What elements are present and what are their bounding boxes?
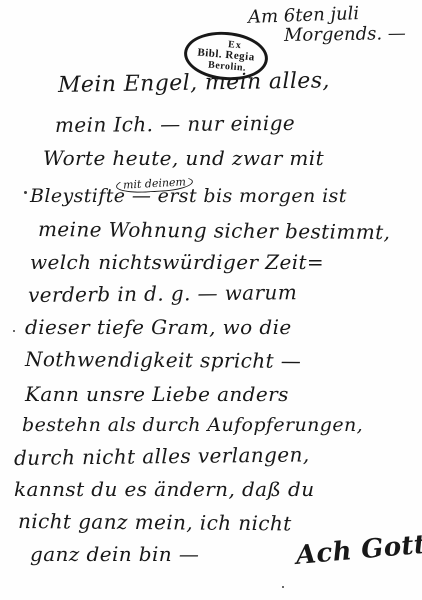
handwriting-line: nicht ganz mein, ich nicht [18,510,292,534]
handwriting-line: durch nicht alles verlangen, [14,443,310,469]
ink-speck [282,586,284,588]
manuscript-letter-page: Am 6ten juli Morgends. — Ex Bibl. Regia … [0,0,422,600]
handwriting-line: mein Ich. — nur einige [55,112,295,136]
handwriting-line: welch nichtswürdiger Zeit= [30,251,324,273]
ink-speck [13,330,15,332]
handwriting-line: Kann unsre Liebe anders [25,383,289,405]
ink-speck [24,191,27,194]
handwriting-line: ganz dein bin — [30,543,199,565]
handwriting-line: verderb in d. g. — warum [28,281,297,306]
handwriting-line: Nothwendigkeit spricht — [25,348,301,372]
handwriting-line: kannst du es ändern, daß du [14,478,315,500]
handwriting-line: Worte heute, und zwar mit [43,147,324,169]
handwriting-line: dieser tiefe Gram, wo die [25,316,292,338]
handwriting-line: Bleystifte — erst bis morgen ist [30,186,347,207]
handwriting-line: bestehn als durch Aufopferungen, [22,415,363,436]
header-time-line: Morgends. — [284,23,406,46]
handwriting-closing-flourish: Ach Gott [295,531,422,571]
handwriting-line: Mein Engel, mein alles, [58,69,330,98]
handwriting-line: meine Wohnung sicher bestimmt, [38,218,391,243]
